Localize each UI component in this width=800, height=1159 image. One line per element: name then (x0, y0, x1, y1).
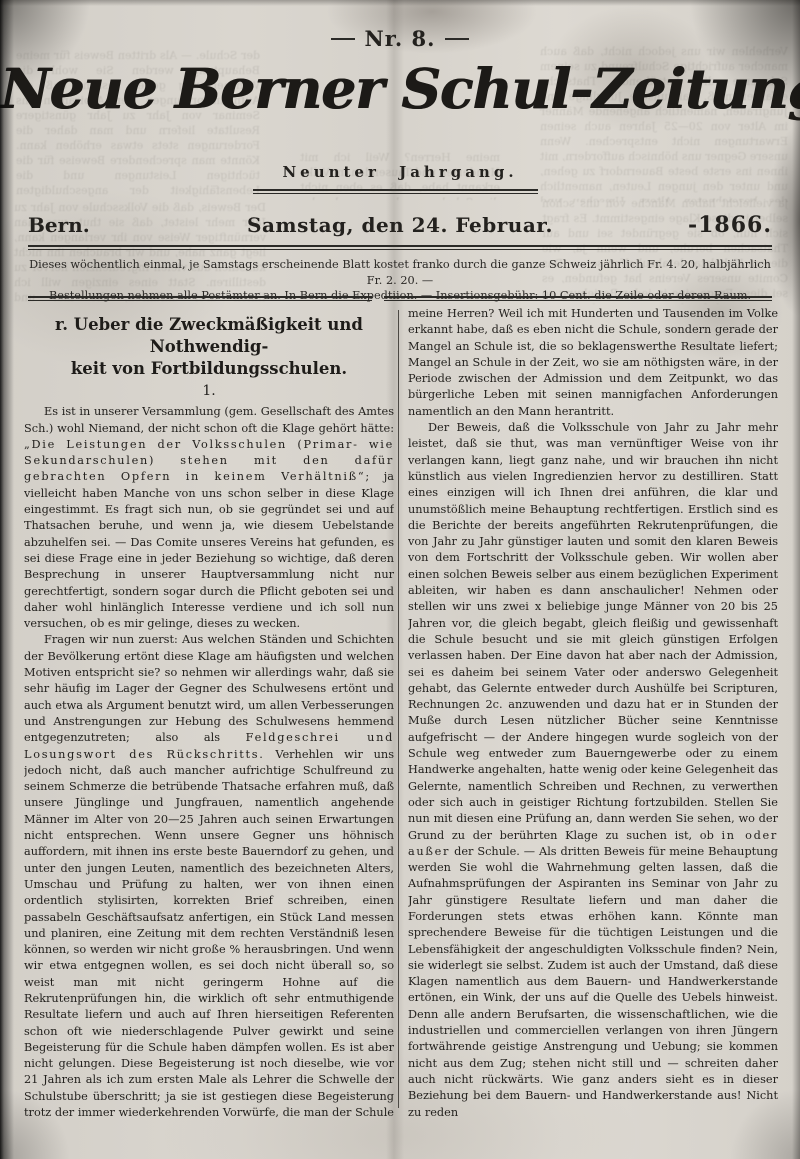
headline-line-1: r. Ueber die Zweckmäßigkeit und Nothwend… (24, 314, 394, 358)
section-number: 1. (24, 383, 394, 399)
paragraph-text: meine Herren? Weil ich mit Hunderten und… (408, 307, 778, 418)
issue-number: Nr. 8. (365, 26, 436, 51)
paragraph-text: der Schule. — Als dritten Beweis für mei… (408, 845, 778, 1116)
place-label: Bern. (28, 213, 198, 237)
paragraph-text: ja vielleicht haben Manche von uns schon… (24, 470, 394, 630)
column-divider-rule (398, 310, 399, 1108)
article-headline: r. Ueber die Zweckmäßigkeit und Nothwend… (24, 314, 394, 380)
article-column-left: r. Ueber die Zweckmäßigkeit und Nothwend… (24, 310, 394, 1120)
dateline-row: Bern. Samstag, den 24. Februar. -1866. (28, 212, 772, 238)
paragraph-text: Es ist in unserer Versammlung (gem. Gese… (24, 405, 394, 434)
paragraph-text: Fragen wir nun zuerst: Aus welchen Ständ… (24, 633, 394, 744)
year-label: -1866. (602, 212, 772, 238)
left-rule-icon (331, 38, 355, 40)
article-paragraph: Fragen wir nun zuerst: Aus welchen Ständ… (24, 632, 394, 1120)
article-column-right: meine Herren? Weil ich mit Hunderten und… (408, 306, 778, 1116)
newspaper-page: der Schule. — Als dritten Beweis für mei… (0, 0, 800, 1159)
issue-number-line: Nr. 8. (0, 26, 800, 51)
article-paragraph: meine Herren? Weil ich mit Hunderten und… (408, 306, 778, 420)
imprint-divider-rule-right (384, 296, 772, 301)
headline-line-2: keit von Fortbildungsschulen. (24, 358, 394, 380)
article-paragraph: Der Beweis, daß die Volksschule von Jahr… (408, 420, 778, 1116)
volume-subtitle: Neunter Jahrgang. (0, 163, 800, 181)
newspaper-title: Neue Berner Schul-Zeitung. (0, 56, 800, 121)
right-rule-icon (445, 38, 469, 40)
paragraph-text: Der Beweis, daß die Volksschule von Jahr… (408, 421, 778, 841)
imprint-line-1: Dieses wöchentlich einmal, je Samstags e… (28, 257, 772, 288)
emphasized-text: „Die Leistungen der Volksschulen (Primar… (24, 438, 394, 484)
paragraph-text: Verhehlen wir uns jedoch nicht, daß auch… (24, 748, 394, 1120)
article-paragraph: Es ist in unserer Versammlung (gem. Gese… (24, 404, 394, 632)
dateline-divider-rule (28, 245, 772, 250)
imprint-divider-rule-left (28, 296, 372, 301)
date-label: Samstag, den 24. Februar. (198, 213, 602, 237)
subtitle-divider-rule (253, 189, 538, 194)
